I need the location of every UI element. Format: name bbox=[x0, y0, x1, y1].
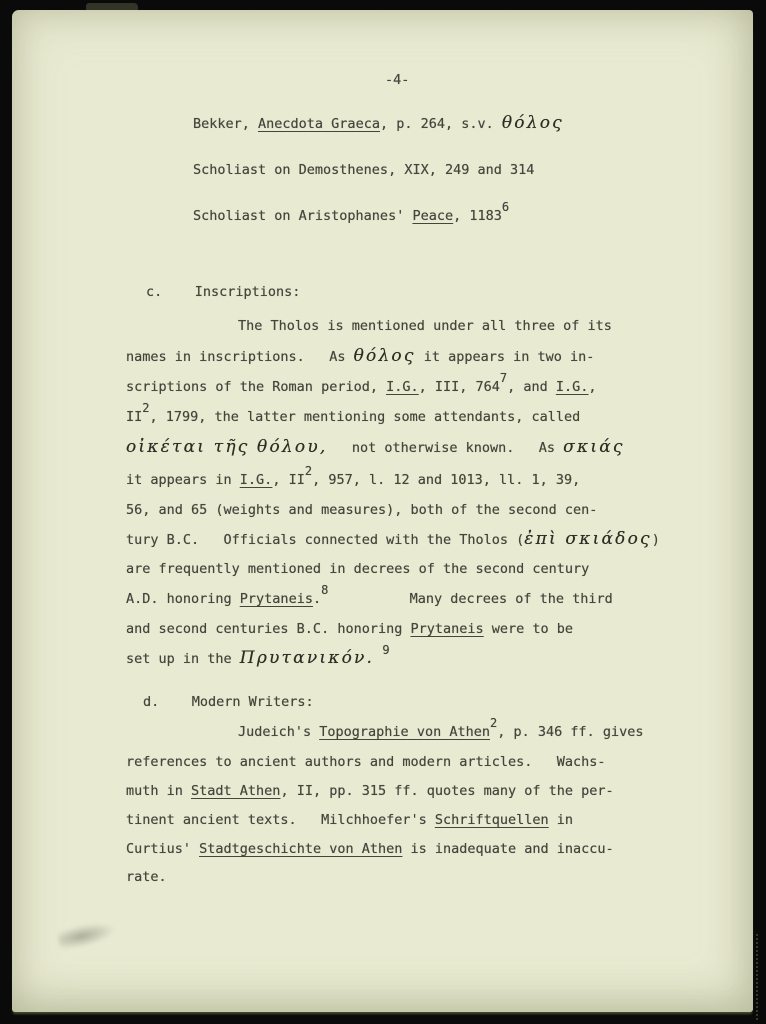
typed-text: d. Modern Writers: bbox=[143, 694, 314, 710]
manuscript-page: -4- Bekker, Anecdota Graeca, p. 264, s.v… bbox=[12, 10, 753, 1012]
underlined-title: Anecdota Graeca bbox=[258, 116, 380, 132]
footnote-superscript: 2 bbox=[305, 464, 312, 478]
typed-text: are frequently mentioned in decrees of t… bbox=[126, 561, 589, 577]
text-line: Scholiast on Demosthenes, XIX, 249 and 3… bbox=[193, 159, 534, 181]
text-line: II2, 1799, the latter mentioning some at… bbox=[126, 406, 580, 428]
perforation-dots bbox=[756, 934, 758, 1020]
underlined-title: I.G. bbox=[556, 379, 589, 395]
typed-text: , 957, l. 12 and 1013, ll. 1, 39, bbox=[312, 472, 580, 488]
text-line: tinent ancient texts. Milchhoefer's Schr… bbox=[126, 809, 573, 831]
handwritten-greek: Πρυτανικόν. bbox=[240, 648, 374, 668]
typed-text: 56, and 65 (weights and measures), both … bbox=[126, 502, 597, 518]
handwritten-greek: ἐπὶ σκιάδος bbox=[524, 529, 651, 549]
typed-text: II bbox=[126, 409, 142, 425]
handwritten-greek: θόλος bbox=[502, 113, 564, 133]
text-line: A.D. honoring Prytaneis.8 Many decrees o… bbox=[126, 588, 613, 610]
text-line: muth in Stadt Athen, II, pp. 315 ff. quo… bbox=[126, 780, 614, 802]
typed-text: Many decrees of the third bbox=[328, 591, 612, 607]
typed-text: ) bbox=[652, 532, 660, 548]
text-line: references to ancient authors and modern… bbox=[126, 751, 606, 773]
typed-text: , bbox=[588, 379, 596, 395]
paper-smudge bbox=[56, 918, 117, 952]
underlined-title: Schriftquellen bbox=[435, 812, 549, 828]
typed-text: , II, pp. 315 ff. quotes many of the per… bbox=[280, 783, 613, 799]
typed-text: Judeich's bbox=[238, 724, 319, 740]
text-line: names in inscriptions. As θόλος it appea… bbox=[126, 345, 594, 367]
typed-text: set up in the bbox=[126, 651, 240, 667]
typed-text: c. Inscriptions: bbox=[146, 284, 300, 300]
text-line: 56, and 65 (weights and measures), both … bbox=[126, 499, 597, 521]
typed-text: , p. 264, s.v. bbox=[380, 116, 502, 132]
text-line: are frequently mentioned in decrees of t… bbox=[126, 558, 589, 580]
underlined-title: I.G. bbox=[386, 379, 419, 395]
typed-text: muth in bbox=[126, 783, 191, 799]
underlined-title: Prytaneis bbox=[410, 621, 483, 637]
typed-text: tinent ancient texts. Milchhoefer's bbox=[126, 812, 435, 828]
handwritten-greek: σκιάς bbox=[563, 437, 624, 457]
text-line: scriptions of the Roman period, I.G., II… bbox=[126, 376, 597, 398]
underlined-title: Topographie von Athen bbox=[319, 724, 490, 740]
typed-text: , 1183 bbox=[453, 208, 502, 224]
text-line: rate. bbox=[126, 866, 167, 888]
underlined-title: Stadtgeschichte von Athen bbox=[199, 841, 402, 857]
text-line: tury B.C. Officials connected with the T… bbox=[126, 528, 660, 550]
footnote-superscript: 7 bbox=[500, 371, 507, 385]
page-number: -4- bbox=[385, 72, 409, 88]
text-line: c. Inscriptions: bbox=[146, 281, 300, 303]
text-line: The Tholos is mentioned under all three … bbox=[238, 315, 612, 337]
typed-text: , p. 346 ff. gives bbox=[497, 724, 643, 740]
typed-text: Bekker, bbox=[193, 116, 258, 132]
typed-text: Curtius' bbox=[126, 841, 199, 857]
underlined-title: Stadt Athen bbox=[191, 783, 280, 799]
typed-text: were to be bbox=[484, 621, 573, 637]
typed-text: A.D. honoring bbox=[126, 591, 240, 607]
footnote-superscript: 6 bbox=[502, 200, 509, 214]
typed-text: names in inscriptions. As bbox=[126, 349, 354, 365]
typed-text: in bbox=[549, 812, 573, 828]
typed-text: Scholiast on Demosthenes, XIX, 249 and 3… bbox=[193, 162, 534, 178]
text-line: d. Modern Writers: bbox=[143, 691, 314, 713]
text-line: it appears in I.G., II2, 957, l. 12 and … bbox=[126, 469, 580, 491]
typed-text: , and bbox=[507, 379, 556, 395]
footnote-superscript: 8 bbox=[321, 583, 328, 597]
handwritten-greek: θόλος bbox=[354, 346, 416, 366]
underlined-title: I.G. bbox=[240, 472, 273, 488]
typed-text: rate. bbox=[126, 869, 167, 885]
text-line: Judeich's Topographie von Athen2, p. 346… bbox=[238, 721, 644, 743]
typed-text: is inadequate and inaccu- bbox=[402, 841, 613, 857]
typed-text: scriptions of the Roman period, bbox=[126, 379, 386, 395]
typed-text: references to ancient authors and modern… bbox=[126, 754, 606, 770]
typed-text: The Tholos is mentioned under all three … bbox=[238, 318, 612, 334]
footnote-superscript: 9 bbox=[382, 643, 389, 657]
typed-text: , III, 764 bbox=[419, 379, 500, 395]
typed-text: , 1799, the latter mentioning some atten… bbox=[150, 409, 581, 425]
text-line: Scholiast on Aristophanes' Peace, 11836 bbox=[193, 205, 509, 227]
footnote-superscript: 2 bbox=[142, 401, 149, 415]
typed-text: . bbox=[313, 591, 321, 607]
typed-text: Scholiast on Aristophanes' bbox=[193, 208, 412, 224]
typed-text: , II bbox=[272, 472, 305, 488]
text-line: οἰκέται τῆς θόλου, not otherwise known. … bbox=[126, 436, 625, 458]
text-line: Curtius' Stadtgeschichte von Athen is in… bbox=[126, 838, 614, 860]
typed-text: it appears in bbox=[126, 472, 240, 488]
underlined-title: Prytaneis bbox=[240, 591, 313, 607]
text-line: set up in the Πρυτανικόν. 9 bbox=[126, 647, 390, 669]
handwritten-greek: οἰκέται τῆς θόλου, bbox=[126, 437, 327, 457]
typed-text: it appears in two in- bbox=[416, 349, 595, 365]
typed-text: not otherwise known. As bbox=[327, 440, 563, 456]
footnote-superscript: 2 bbox=[490, 716, 497, 730]
typed-text: and second centuries B.C. honoring bbox=[126, 621, 410, 637]
typed-text: tury B.C. Officials connected with the T… bbox=[126, 532, 524, 548]
underlined-title: Peace bbox=[412, 208, 453, 224]
text-line: Bekker, Anecdota Graeca, p. 264, s.v. θό… bbox=[193, 112, 564, 134]
text-line: and second centuries B.C. honoring Pryta… bbox=[126, 618, 573, 640]
